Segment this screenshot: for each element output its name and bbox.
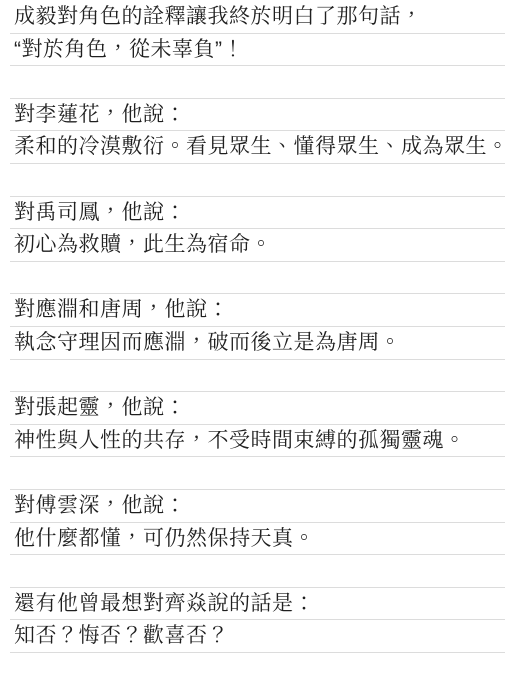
ruled-blank-line [10, 360, 505, 393]
ruled-blank-line [10, 457, 505, 490]
text-line: 對傅雲深，他說： [10, 490, 505, 523]
text-line: 初心為救贖，此生為宿命。 [10, 229, 505, 262]
text-line: 執念守理因而應淵，破而後立是為唐周。 [10, 327, 505, 360]
text-line: 對李蓮花，他說： [10, 99, 505, 132]
text-line: 他什麼都懂，可仍然保持天真。 [10, 523, 505, 556]
text-line: 還有他曾最想對齊焱說的話是： [10, 588, 505, 621]
text-line: 對張起靈，他說： [10, 392, 505, 425]
bottom-whitespace [0, 653, 512, 682]
text-line: “對於角色，從未辜負”！ [10, 34, 505, 67]
text-line: 對禹司鳳，他說： [10, 197, 505, 230]
text-line: 對應淵和唐周，他說： [10, 294, 505, 327]
text-note-page: 成毅對角色的詮釋讓我終於明白了那句話，“對於角色，從未辜負”！對李蓮花，他說：柔… [0, 0, 512, 682]
ruled-blank-line [10, 262, 505, 295]
ruled-blank-line [10, 555, 505, 588]
text-line: 柔和的冷漠敷衍。看見眾生、懂得眾生、成為眾生。 [10, 131, 505, 164]
text-line: 神性與人性的共存，不受時間束縛的孤獨靈魂。 [10, 425, 505, 458]
text-line: 成毅對角色的詮釋讓我終於明白了那句話， [10, 1, 505, 34]
ruled-blank-line [10, 164, 505, 197]
ruled-blank-line [10, 66, 505, 99]
text-line: 知否？悔否？歡喜否？ [10, 620, 505, 653]
